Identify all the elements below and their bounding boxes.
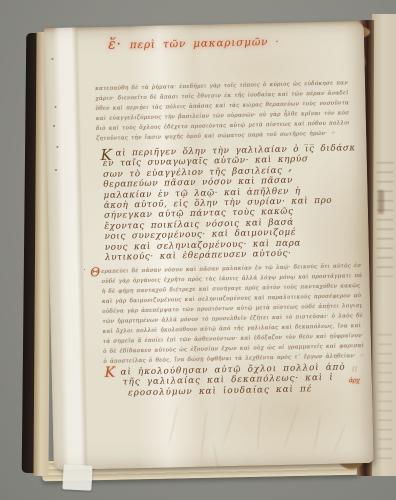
facing-page-ghost-initial bbox=[378, 190, 384, 214]
ink-show-through bbox=[313, 412, 321, 451]
rubric-dot: · bbox=[83, 265, 86, 274]
facing-page-ghost-text bbox=[378, 334, 392, 459]
ink-show-through bbox=[257, 397, 263, 452]
scholia-block-2: εραπεύει δὲ πᾶσαν νόσον καὶ πᾶσαν μαλακί… bbox=[101, 261, 363, 367]
quire-mark-faded: π bbox=[351, 364, 357, 374]
ink-show-through bbox=[283, 404, 299, 450]
ink-show-through bbox=[222, 403, 236, 447]
repair-tape bbox=[53, 27, 89, 469]
photo-background: ἕ·περὶ τῶν μακαρισμῶν · κατεπαύθη δὲ τὰ … bbox=[0, 0, 396, 500]
ink-speck bbox=[56, 146, 58, 148]
repair-tape-overhang bbox=[62, 464, 92, 490]
gospel-text-block-2: αὶ ἠκολούθησαν αὐτῷ ὄχλοι πολλοὶ ἀπὸτῆς … bbox=[107, 362, 360, 399]
ink-speck bbox=[55, 169, 57, 171]
scholia-block-1: κατεπαύθη δὲ τὰ ῥήματα· ἐπεδήμει γὰρ τοῖ… bbox=[95, 78, 349, 144]
ink-speck bbox=[51, 58, 53, 60]
scholia-initial-theta: Θ bbox=[90, 265, 100, 279]
manuscript-page: ἕ·περὶ τῶν μακαρισμῶν · κατεπαύθη δὲ τὰ … bbox=[44, 21, 374, 470]
ink-speck bbox=[55, 106, 57, 108]
facing-page bbox=[372, 14, 396, 476]
gospel-text-block-1: αὶ περιῆγεν ὅλην τὴν γαλιλαίαν ὁ ι̅ς̅ δι… bbox=[103, 143, 358, 263]
facing-page-ghost-text bbox=[377, 162, 393, 277]
chapter-title: ἕ·περὶ τῶν μακαρισμῶν · bbox=[108, 33, 280, 53]
ink-show-through bbox=[333, 423, 347, 455]
chapter-numeral: ἕ· bbox=[108, 36, 122, 52]
lection-mark-red: ἀρχ bbox=[349, 376, 360, 384]
chapter-title-text: περὶ τῶν μακαρισμῶν · bbox=[130, 36, 280, 51]
ink-speck bbox=[53, 125, 55, 127]
